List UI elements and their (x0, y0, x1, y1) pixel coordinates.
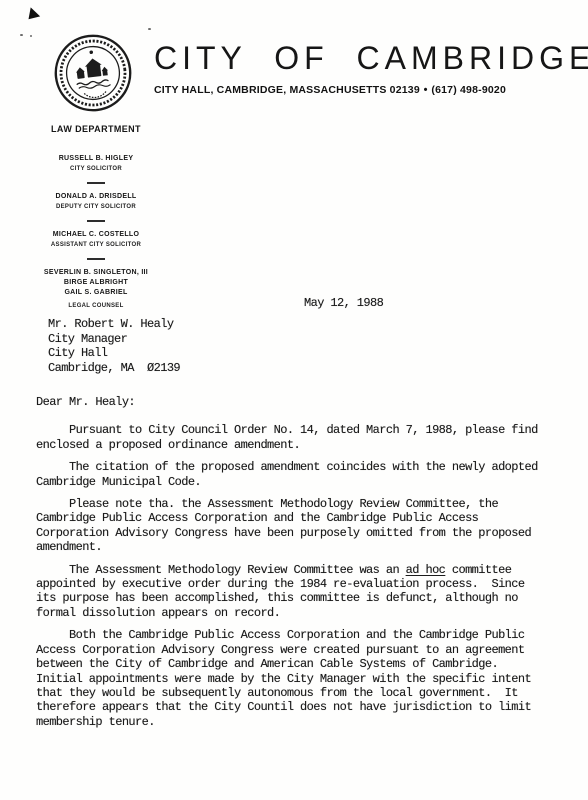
text-segment: Initial appointments were made by the Ci… (36, 672, 531, 686)
recipient-line: Mr. Robert W. Healy (48, 317, 180, 332)
text-segment: Please note tha. the Assessment Methodol… (36, 497, 498, 511)
letter-date: May 12, 1988 (304, 296, 383, 310)
roster-entry: RUSSELL B. HIGLEYCITY SOLICITOR (26, 154, 166, 174)
scan-artifact-triangle-icon (26, 6, 40, 20)
text-line: Corporation Advisory Congress have been … (36, 526, 556, 540)
text-line: The Assessment Methodology Review Commit… (36, 563, 556, 577)
roster-entry: MICHAEL C. COSTELLOASSISTANT CITY SOLICI… (26, 230, 166, 250)
text-line: appointed by executive order during the … (36, 577, 556, 591)
staff-title: ASSISTANT CITY SOLICITOR (26, 241, 166, 250)
text-segment: its purpose has been accomplished, this … (36, 591, 518, 605)
paragraph: Please note tha. the Assessment Methodol… (36, 497, 556, 555)
staff-name: MICHAEL C. COSTELLO (26, 230, 166, 240)
staff-name: RUSSELL B. HIGLEY (26, 154, 166, 164)
scan-speck (30, 35, 32, 37)
text-segment: membership tenure. (36, 715, 155, 729)
text-line: Access Corporation Advisory Congress wer… (36, 643, 556, 657)
paragraph: The citation of the proposed amendment c… (36, 460, 556, 489)
text-segment: formal dissolution appears on record. (36, 606, 280, 620)
text-segment: Cambridge Municipal Code. (36, 475, 201, 489)
roster-divider (87, 220, 105, 222)
text-segment: committee (445, 563, 511, 577)
roster-divider (87, 182, 105, 184)
underlined-text: ad hoc (406, 563, 446, 577)
scan-speck (148, 28, 151, 30)
recipient-line: Cambridge, MA Ø2139 (48, 361, 180, 376)
recipient-address: Mr. Robert W. HealyCity ManagerCity Hall… (48, 317, 180, 375)
paragraph: The Assessment Methodology Review Commit… (36, 563, 556, 621)
text-line: therefore appears that the City Countil … (36, 700, 556, 714)
text-line: amendment. (36, 540, 556, 554)
city-seal-icon (48, 28, 137, 117)
text-line: formal dissolution appears on record. (36, 606, 556, 620)
staff-name: DONALD A. DRISDELL (26, 192, 166, 202)
letterhead-title: CITY OF CAMBRIDGE (154, 40, 506, 77)
recipient-line: City Hall (48, 346, 180, 361)
scanned-letter-page: CITY OF CAMBRIDGE CITY HALL, CAMBRIDGE, … (0, 0, 588, 800)
recipient-line: City Manager (48, 332, 180, 347)
staff-name: BIRGE ALBRIGHT (26, 278, 166, 288)
bullet-separator: • (424, 84, 428, 96)
roster-divider (87, 258, 105, 260)
roster-entry: DONALD A. DRISDELLDEPUTY CITY SOLICITOR (26, 192, 166, 212)
staff-name: SEVERLIN B. SINGLETON, III (26, 268, 166, 278)
letter-body: Dear Mr. Healy: Pursuant to City Council… (36, 395, 556, 737)
text-segment: that they would be subsequently autonomo… (36, 686, 518, 700)
text-segment: Pursuant to City Council Order No. 14, d… (36, 423, 538, 437)
text-segment: therefore appears that the City Countil … (36, 700, 531, 714)
text-segment: between the City of Cambridge and Americ… (36, 657, 498, 671)
text-line: that they would be subsequently autonomo… (36, 686, 556, 700)
text-line: membership tenure. (36, 715, 556, 729)
paragraph: Both the Cambridge Public Access Corpora… (36, 628, 556, 729)
text-segment: The Assessment Methodology Review Commit… (36, 563, 406, 577)
staff-title: CITY SOLICITOR (26, 165, 166, 174)
text-line: its purpose has been accomplished, this … (36, 591, 556, 605)
text-line: Cambridge Municipal Code. (36, 475, 556, 489)
salutation: Dear Mr. Healy: (36, 395, 556, 409)
scan-speck (20, 34, 23, 36)
staff-title: DEPUTY CITY SOLICITOR (26, 203, 166, 212)
text-segment: Access Corporation Advisory Congress wer… (36, 643, 525, 657)
roster-entries: RUSSELL B. HIGLEYCITY SOLICITORDONALD A.… (26, 154, 166, 311)
text-segment: appointed by executive order during the … (36, 577, 525, 591)
text-segment: Both the Cambridge Public Access Corpora… (36, 628, 525, 642)
letter-paragraphs: Pursuant to City Council Order No. 14, d… (36, 423, 556, 729)
text-segment: Cambridge Public Access Corporation and … (36, 511, 478, 525)
text-segment: enclosed a proposed ordinance amendment. (36, 438, 300, 452)
text-segment: Corporation Advisory Congress have been … (36, 526, 531, 540)
letterhead-subtitle: CITY HALL, CAMBRIDGE, MASSACHUSETTS 0213… (154, 84, 506, 96)
letterhead: CITY OF CAMBRIDGE CITY HALL, CAMBRIDGE, … (154, 40, 506, 96)
text-line: Both the Cambridge Public Access Corpora… (36, 628, 556, 642)
text-segment: amendment. (36, 540, 102, 554)
text-line: enclosed a proposed ordinance amendment. (36, 438, 556, 452)
staff-title: LEGAL COUNSEL (26, 302, 166, 311)
staff-roster: LAW DEPARTMENT RUSSELL B. HIGLEYCITY SOL… (26, 124, 166, 311)
text-segment: The citation of the proposed amendment c… (36, 460, 538, 474)
text-line: The citation of the proposed amendment c… (36, 460, 556, 474)
paragraph: Pursuant to City Council Order No. 14, d… (36, 423, 556, 452)
text-line: Please note tha. the Assessment Methodol… (36, 497, 556, 511)
letterhead-phone: (617) 498-9020 (431, 84, 506, 96)
staff-name: GAIL S. GABRIEL (26, 288, 166, 298)
roster-entry: SEVERLIN B. SINGLETON, IIIBIRGE ALBRIGHT… (26, 268, 166, 311)
text-line: Pursuant to City Council Order No. 14, d… (36, 423, 556, 437)
letterhead-address: CITY HALL, CAMBRIDGE, MASSACHUSETTS 0213… (154, 84, 420, 96)
department-name: LAW DEPARTMENT (26, 124, 166, 134)
text-line: between the City of Cambridge and Americ… (36, 657, 556, 671)
text-line: Initial appointments were made by the Ci… (36, 672, 556, 686)
text-line: Cambridge Public Access Corporation and … (36, 511, 556, 525)
